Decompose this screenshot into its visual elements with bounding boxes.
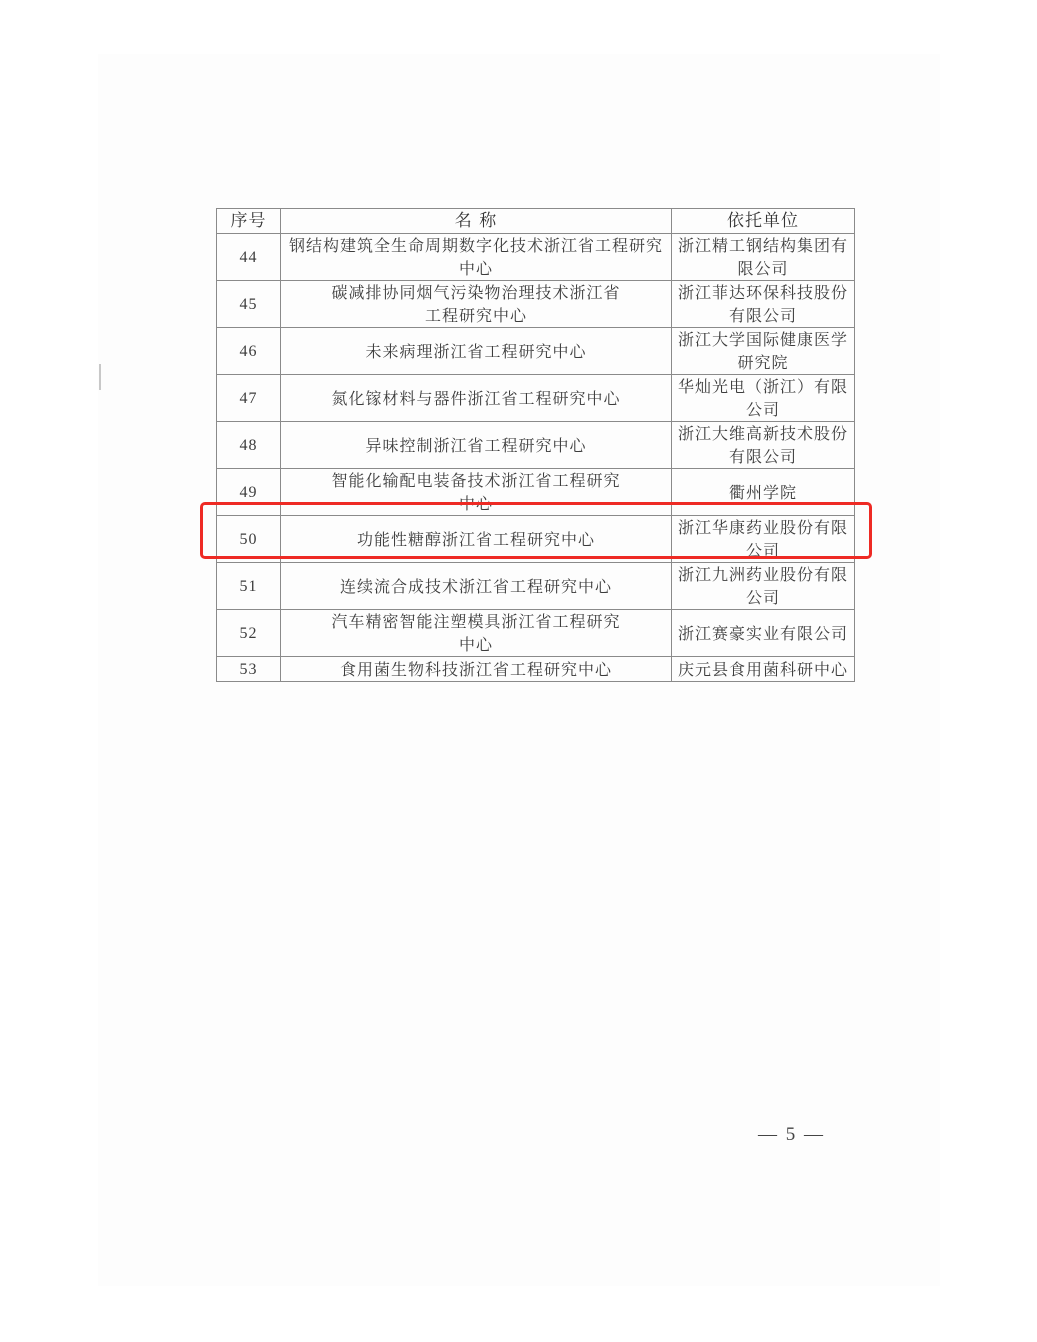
host-unit: 浙江大学国际健康医学研究院 [672, 328, 855, 375]
host-unit-line: 浙江大学国际健康医学 [672, 328, 854, 351]
host-unit-line: 浙江九洲药业股份有限 [672, 563, 854, 586]
row-index: 46 [217, 328, 281, 375]
table-row: 48异味控制浙江省工程研究中心浙江大维高新技术股份有限公司 [217, 422, 855, 469]
host-unit-line: 公司 [672, 398, 854, 421]
table-row: 46未来病理浙江省工程研究中心浙江大学国际健康医学研究院 [217, 328, 855, 375]
row-index: 51 [217, 563, 281, 610]
table-header-row: 序号 名 称 依托单位 [217, 209, 855, 234]
center-name-line: 智能化输配电装备技术浙江省工程研究 [281, 469, 671, 492]
header-index: 序号 [217, 209, 281, 234]
host-unit: 浙江华康药业股份有限公司 [672, 516, 855, 563]
host-unit-line: 公司 [672, 539, 854, 562]
center-name: 汽车精密智能注塑模具浙江省工程研究中心 [281, 610, 672, 657]
host-unit: 庆元县食用菌科研中心 [672, 657, 855, 682]
table-row: 53食用菌生物科技浙江省工程研究中心庆元县食用菌科研中心 [217, 657, 855, 682]
row-index: 47 [217, 375, 281, 422]
row-index: 44 [217, 234, 281, 281]
center-name: 未来病理浙江省工程研究中心 [281, 328, 672, 375]
table-row: 49智能化输配电装备技术浙江省工程研究中心衢州学院 [217, 469, 855, 516]
table-row: 52汽车精密智能注塑模具浙江省工程研究中心浙江赛豪实业有限公司 [217, 610, 855, 657]
page-number: — 5 — [758, 1124, 825, 1146]
table-row: 50功能性糖醇浙江省工程研究中心浙江华康药业股份有限公司 [217, 516, 855, 563]
center-name-line: 食用菌生物科技浙江省工程研究中心 [281, 658, 671, 681]
host-unit-line: 浙江精工钢结构集团有 [672, 234, 854, 257]
host-unit-line: 浙江华康药业股份有限 [672, 516, 854, 539]
host-unit-line: 华灿光电（浙江）有限 [672, 375, 854, 398]
center-name-line: 连续流合成技术浙江省工程研究中心 [281, 575, 671, 598]
table-row: 47氮化镓材料与器件浙江省工程研究中心华灿光电（浙江）有限公司 [217, 375, 855, 422]
host-unit-line: 限公司 [672, 257, 854, 280]
center-name: 功能性糖醇浙江省工程研究中心 [281, 516, 672, 563]
host-unit: 华灿光电（浙江）有限公司 [672, 375, 855, 422]
center-name: 食用菌生物科技浙江省工程研究中心 [281, 657, 672, 682]
row-index: 53 [217, 657, 281, 682]
host-unit-line: 有限公司 [672, 304, 854, 327]
center-name-line: 异味控制浙江省工程研究中心 [281, 434, 671, 457]
center-name-line: 碳减排协同烟气污染物治理技术浙江省 [281, 281, 671, 304]
table-row: 44钢结构建筑全生命周期数字化技术浙江省工程研究中心浙江精工钢结构集团有限公司 [217, 234, 855, 281]
host-unit-line: 公司 [672, 586, 854, 609]
table-row: 51连续流合成技术浙江省工程研究中心浙江九洲药业股份有限公司 [217, 563, 855, 610]
center-name: 碳减排协同烟气污染物治理技术浙江省工程研究中心 [281, 281, 672, 328]
row-index: 50 [217, 516, 281, 563]
center-name: 氮化镓材料与器件浙江省工程研究中心 [281, 375, 672, 422]
center-name: 异味控制浙江省工程研究中心 [281, 422, 672, 469]
row-index: 49 [217, 469, 281, 516]
margin-mark [99, 364, 101, 390]
host-unit-line: 浙江菲达环保科技股份 [672, 281, 854, 304]
center-name-line: 中心 [281, 492, 671, 515]
host-unit-line: 研究院 [672, 351, 854, 374]
host-unit-line: 有限公司 [672, 445, 854, 468]
center-name-line: 中心 [281, 257, 671, 280]
header-unit: 依托单位 [672, 209, 855, 234]
host-unit: 浙江菲达环保科技股份有限公司 [672, 281, 855, 328]
engineering-center-table: 序号 名 称 依托单位 44钢结构建筑全生命周期数字化技术浙江省工程研究中心浙江… [216, 208, 855, 682]
center-name-line: 钢结构建筑全生命周期数字化技术浙江省工程研究 [281, 234, 671, 257]
center-name: 钢结构建筑全生命周期数字化技术浙江省工程研究中心 [281, 234, 672, 281]
center-name-line: 工程研究中心 [281, 304, 671, 327]
host-unit: 浙江赛豪实业有限公司 [672, 610, 855, 657]
center-name-line: 汽车精密智能注塑模具浙江省工程研究 [281, 610, 671, 633]
center-name: 连续流合成技术浙江省工程研究中心 [281, 563, 672, 610]
row-index: 45 [217, 281, 281, 328]
host-unit: 衢州学院 [672, 469, 855, 516]
center-name-line: 中心 [281, 633, 671, 656]
host-unit-line: 浙江赛豪实业有限公司 [672, 622, 854, 645]
center-name: 智能化输配电装备技术浙江省工程研究中心 [281, 469, 672, 516]
row-index: 48 [217, 422, 281, 469]
row-index: 52 [217, 610, 281, 657]
center-name-line: 氮化镓材料与器件浙江省工程研究中心 [281, 387, 671, 410]
host-unit-line: 庆元县食用菌科研中心 [672, 658, 854, 681]
host-unit: 浙江大维高新技术股份有限公司 [672, 422, 855, 469]
center-name-line: 功能性糖醇浙江省工程研究中心 [281, 528, 671, 551]
center-name-line: 未来病理浙江省工程研究中心 [281, 340, 671, 363]
header-name: 名 称 [281, 209, 672, 234]
host-unit-line: 浙江大维高新技术股份 [672, 422, 854, 445]
table-row: 45碳减排协同烟气污染物治理技术浙江省工程研究中心浙江菲达环保科技股份有限公司 [217, 281, 855, 328]
host-unit-line: 衢州学院 [672, 481, 854, 504]
host-unit: 浙江精工钢结构集团有限公司 [672, 234, 855, 281]
host-unit: 浙江九洲药业股份有限公司 [672, 563, 855, 610]
